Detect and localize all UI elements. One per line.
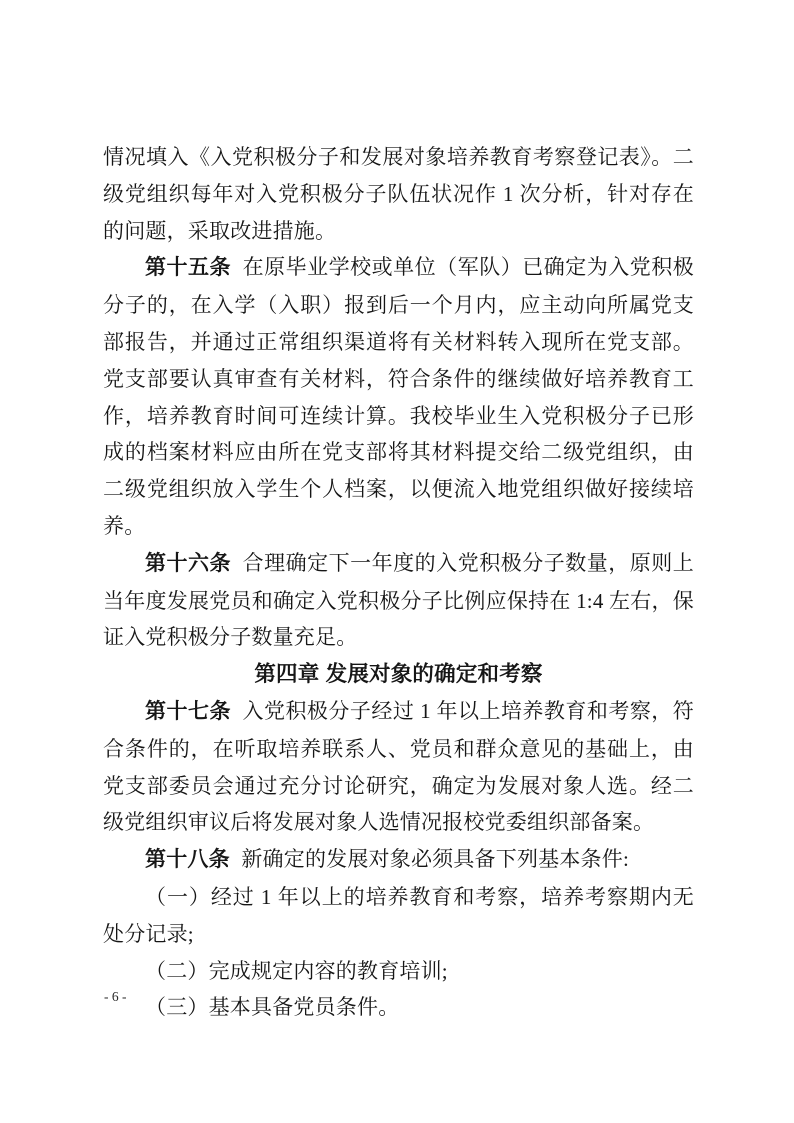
- article-15-paragraph: 第十五条在原毕业学校或单位（军队）已确定为入党积极分子的，在入学（入职）报到后一…: [103, 249, 694, 544]
- chapter-4-heading: 第四章 发展对象的确定和考察: [103, 656, 694, 693]
- article-16-lead: 第十六条: [145, 552, 231, 575]
- list-item-text: （三）基本具备党员条件。: [145, 995, 399, 1019]
- article-17-paragraph: 第十七条入党积极分子经过 1 年以上培养教育和考察，符合条件的，在听取培养联系人…: [103, 693, 694, 841]
- list-item-2: （二）完成规定内容的教育培训;: [103, 953, 694, 990]
- paragraph-text: 情况填入《入党积极分子和发展对象培养教育考察登记表》。二级党组织每年对入党积极分…: [103, 145, 694, 243]
- document-page: 情况填入《入党积极分子和发展对象培养教育考察登记表》。二级党组织每年对入党积极分…: [0, 0, 794, 1123]
- list-item-1: （一）经过 1 年以上的培养教育和考察，培养考察期内无处分记录;: [103, 879, 694, 953]
- article-18-paragraph: 第十八条新确定的发展对象必须具备下列基本条件:: [103, 841, 694, 879]
- document-content: 情况填入《入党积极分子和发展对象培养教育考察登记表》。二级党组织每年对入党积极分…: [103, 139, 694, 1026]
- article-15-lead: 第十五条: [145, 256, 231, 279]
- list-item-3: （三）基本具备党员条件。: [103, 989, 694, 1026]
- list-item-text: （一）经过 1 年以上的培养教育和考察，培养考察期内无处分记录;: [103, 885, 694, 946]
- article-18-lead: 第十八条: [145, 848, 230, 871]
- list-item-text: （二）完成规定内容的教育培训;: [145, 959, 448, 983]
- paragraph-text: 新确定的发展对象必须具备下列基本条件:: [241, 847, 629, 871]
- page-number: - 6 -: [104, 988, 127, 1006]
- article-17-lead: 第十七条: [145, 700, 231, 723]
- continuation-paragraph: 情况填入《入党积极分子和发展对象培养教育考察登记表》。二级党组织每年对入党积极分…: [103, 139, 694, 249]
- article-16-paragraph: 第十六条合理确定下一年度的入党积极分子数量，原则上当年度发展党员和确定入党积极分…: [103, 545, 694, 656]
- paragraph-text: 在原毕业学校或单位（军队）已确定为入党积极分子的，在入学（入职）报到后一个月内，…: [103, 255, 694, 538]
